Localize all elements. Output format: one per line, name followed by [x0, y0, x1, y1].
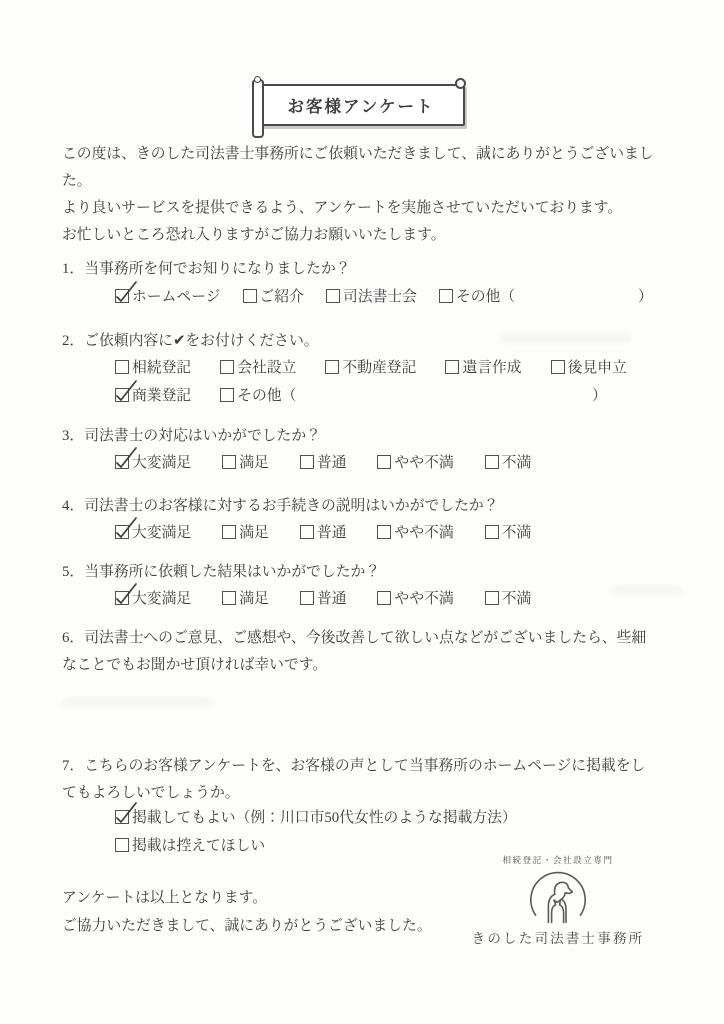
question-7-line: 7．こちらのお客様アンケートを、お客様の声として当事務所のホームページに掲載をし	[62, 753, 645, 780]
checkbox[interactable]	[115, 289, 129, 303]
option-label: 後見申立	[568, 356, 627, 377]
close-paren: ）	[638, 285, 653, 306]
option-somewhat-dissatisfied[interactable]: やや不満	[377, 451, 453, 472]
survey-page: お客様アンケート この度は、きのした司法書士事務所にご依頼いただきまして、誠にあ…	[0, 0, 724, 1024]
question-7-text: 7．こちらのお客様アンケートを、お客様の声として当事務所のホームページに掲載をし…	[62, 753, 645, 807]
option-label: やや不満	[394, 587, 453, 608]
check-mark-icon	[113, 582, 139, 608]
checkbox[interactable]	[220, 388, 234, 402]
scan-smudge	[612, 586, 682, 595]
checkbox[interactable]	[485, 525, 499, 539]
option-real-estate-registration[interactable]: 不動産登記	[325, 356, 416, 377]
question-5-options: 大変満足 満足 普通 やや不満 不満	[115, 587, 531, 608]
question-4-title: 4．司法書士のお客様に対するお手続きの説明はいかがでしたか？	[62, 494, 499, 515]
option-label: 不満	[502, 587, 532, 608]
question-6-line: なことでもお聞かせ頂ければ幸いです。	[62, 652, 646, 679]
office-name: きのした司法書士事務所	[458, 927, 658, 947]
option-label: 大変満足	[132, 451, 191, 472]
option-label: その他（	[237, 384, 296, 405]
option-dissatisfied[interactable]: 不満	[485, 451, 532, 472]
option-label: 満足	[239, 587, 269, 608]
option-referral[interactable]: ご紹介	[243, 285, 304, 306]
question-4-options: 大変満足 満足 普通 やや不満 不満	[115, 521, 531, 542]
checkbox[interactable]	[115, 591, 129, 605]
intro-line: この度は、きのした司法書士事務所にご依頼いただきまして、誠にありがとうございまし	[62, 141, 654, 168]
option-bar-association[interactable]: 司法書士会	[326, 285, 417, 306]
option-other[interactable]: その他（	[220, 384, 296, 405]
intro-line: お忙しいところ恐れ入りますがご協力お願いいたします。	[62, 222, 654, 249]
option-label: やや不満	[394, 521, 453, 542]
checkbox[interactable]	[445, 360, 459, 374]
option-very-satisfied[interactable]: 大変満足	[115, 587, 191, 608]
checkbox[interactable]	[300, 591, 314, 605]
checkbox[interactable]	[551, 360, 565, 374]
option-inheritance-registration[interactable]: 相続登記	[115, 356, 191, 377]
question-2-options-row2: 商業登記 その他（	[115, 384, 296, 405]
checkbox[interactable]	[439, 289, 453, 303]
option-neutral[interactable]: 普通	[300, 451, 347, 472]
option-will-preparation[interactable]: 遺言作成	[445, 356, 521, 377]
check-mark-icon	[113, 280, 139, 306]
closing-line: ご協力いただきまして、誠にありがとうございました。	[62, 912, 432, 940]
option-neutral[interactable]: 普通	[300, 521, 347, 542]
checkbox[interactable]	[222, 591, 236, 605]
option-label: 商業登記	[132, 384, 191, 405]
option-label: 満足	[239, 521, 269, 542]
question-3-options: 大変満足 満足 普通 やや不満 不満	[115, 451, 531, 472]
checkbox[interactable]	[220, 360, 234, 374]
option-label: 不動産登記	[342, 356, 416, 377]
scan-smudge	[500, 333, 630, 343]
question-1-options: ホームページ ご紹介 司法書士会 その他（	[115, 285, 515, 306]
logo-tagline: 相続登記・会社設立専門	[458, 854, 658, 866]
question-1-title: 1．当事務所を何でお知りになりましたか？	[62, 257, 351, 278]
option-label: 大変満足	[132, 587, 191, 608]
question-6-line: 6．司法書士へのご意見、ご感想や、今後改善して欲しい点などがございましたら、些細	[62, 625, 646, 652]
option-label: やや不満	[394, 451, 453, 472]
checkbox[interactable]	[377, 591, 391, 605]
checkbox[interactable]	[485, 591, 499, 605]
intro-line: より良いサービスを提供できるよう、アンケートを実施させていただいております。	[62, 195, 654, 222]
checkbox[interactable]	[243, 289, 257, 303]
option-other[interactable]: その他（	[439, 285, 515, 306]
option-label: その他（	[456, 285, 515, 306]
option-label: 掲載は控えてほしい	[132, 834, 265, 855]
intro-line: た。	[62, 168, 654, 195]
question-2-title: 2．ご依頼内容に✔をお付けください。	[62, 329, 319, 350]
question-7-line: てもよろしいでしょうか。	[62, 780, 645, 807]
checkbox[interactable]	[222, 525, 236, 539]
option-satisfied[interactable]: 満足	[222, 521, 269, 542]
option-guardianship[interactable]: 後見申立	[551, 356, 627, 377]
option-label: 普通	[317, 521, 347, 542]
intro-paragraph: この度は、きのした司法書士事務所にご依頼いただきまして、誠にありがとうございまし…	[62, 141, 654, 249]
checkbox[interactable]	[115, 810, 129, 824]
option-satisfied[interactable]: 満足	[222, 587, 269, 608]
closing-line: アンケートは以上となります。	[62, 884, 432, 912]
close-paren: ）	[592, 384, 607, 405]
closing-text: アンケートは以上となります。 ご協力いただきまして、誠にありがとうございました。	[62, 884, 432, 940]
option-very-satisfied[interactable]: 大変満足	[115, 521, 191, 542]
question-7-option-no-publish: 掲載は控えてほしい	[115, 834, 265, 855]
option-label: 会社設立	[237, 356, 296, 377]
option-satisfied[interactable]: 満足	[222, 451, 269, 472]
office-logo: 相続登記・会社設立専門 きのした司法書士事務所	[458, 854, 658, 947]
checkbox[interactable]	[377, 525, 391, 539]
checkbox[interactable]	[222, 455, 236, 469]
option-label: 司法書士会	[343, 285, 417, 306]
checkbox[interactable]	[300, 525, 314, 539]
title-banner: お客様アンケート	[257, 84, 465, 126]
option-label: ホームページ	[132, 285, 221, 306]
option-label: 大変満足	[132, 521, 191, 542]
option-homepage[interactable]: ホームページ	[115, 285, 221, 306]
check-mark-icon	[113, 446, 139, 472]
option-label: 不満	[502, 451, 532, 472]
option-dissatisfied[interactable]: 不満	[485, 587, 532, 608]
option-somewhat-dissatisfied[interactable]: やや不満	[377, 587, 453, 608]
checkbox[interactable]	[115, 455, 129, 469]
question-5-title: 5．当事務所に依頼した結果はいかがでしたか？	[62, 560, 380, 581]
option-label: 遺言作成	[462, 356, 521, 377]
option-publish-no[interactable]: 掲載は控えてほしい	[115, 834, 265, 855]
checkbox[interactable]	[300, 455, 314, 469]
checkbox[interactable]	[115, 838, 129, 852]
option-dissatisfied[interactable]: 不満	[485, 521, 532, 542]
option-label: 掲載してもよい（例：川口市50代女性のような掲載方法）	[132, 806, 517, 827]
option-somewhat-dissatisfied[interactable]: やや不満	[377, 521, 453, 542]
scan-smudge	[62, 698, 212, 707]
checkbox[interactable]	[115, 388, 129, 402]
page-title: お客様アンケート	[287, 93, 434, 117]
option-label: 相続登記	[132, 356, 191, 377]
option-label: ご紹介	[260, 285, 304, 306]
option-neutral[interactable]: 普通	[300, 587, 347, 608]
option-company-incorporation[interactable]: 会社設立	[220, 356, 296, 377]
checkbox[interactable]	[325, 360, 339, 374]
question-7-option-publish: 掲載してもよい（例：川口市50代女性のような掲載方法）	[115, 806, 517, 827]
question-3-title: 3．司法書士の対応はいかがでしたか？	[62, 424, 321, 445]
option-label: 満足	[239, 451, 269, 472]
option-label: 普通	[317, 587, 347, 608]
check-mark-icon	[113, 379, 139, 405]
option-label: 普通	[317, 451, 347, 472]
checkbox[interactable]	[115, 525, 129, 539]
checkbox[interactable]	[485, 455, 499, 469]
checkbox[interactable]	[326, 289, 340, 303]
banner-right-roll-icon	[455, 78, 466, 89]
option-publish-ok[interactable]: 掲載してもよい（例：川口市50代女性のような掲載方法）	[115, 806, 517, 827]
checkbox[interactable]	[377, 455, 391, 469]
question-6-text: 6．司法書士へのご意見、ご感想や、今後改善して欲しい点などがございましたら、些細…	[62, 625, 646, 679]
checkbox[interactable]	[115, 360, 129, 374]
check-mark-icon	[113, 801, 139, 827]
dog-cat-logo-icon	[458, 868, 658, 929]
check-mark-icon	[113, 516, 139, 542]
option-very-satisfied[interactable]: 大変満足	[115, 451, 191, 472]
option-commercial-registration[interactable]: 商業登記	[115, 384, 191, 405]
question-2-options-row1: 相続登記 会社設立 不動産登記 遺言作成 後見申立	[115, 356, 627, 377]
banner-left-roll-icon	[252, 79, 264, 138]
option-label: 不満	[502, 521, 532, 542]
